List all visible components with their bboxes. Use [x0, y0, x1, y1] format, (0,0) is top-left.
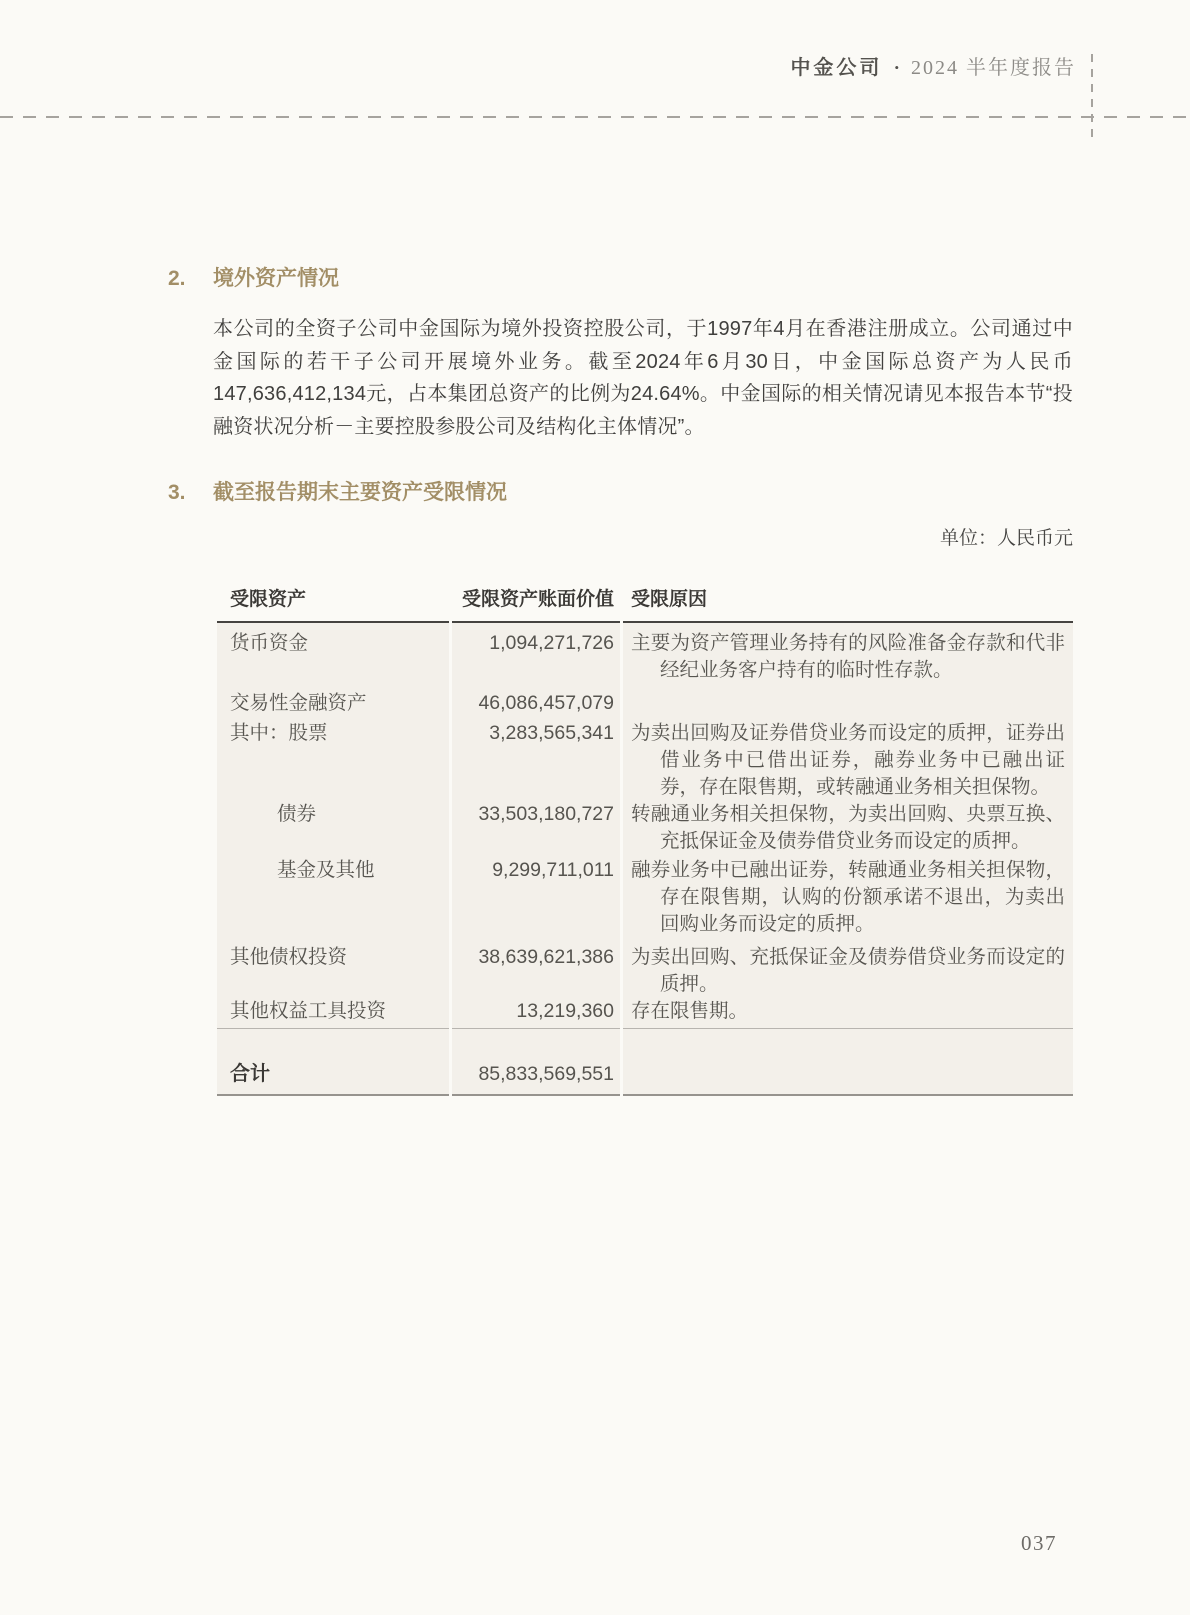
- vertical-dashed-divider: [1091, 54, 1093, 138]
- company-name: 中金公司: [790, 57, 882, 79]
- total-label: 合计: [217, 1028, 449, 1096]
- total-reason-cell: [623, 1028, 1073, 1096]
- asset-cell: 其他债权投资: [217, 941, 449, 998]
- section-2-paragraph: 本公司的全资子公司中金国际为境外投资控股公司，于1997年4月在香港注册成立。公…: [213, 313, 1073, 443]
- value-cell: 9,299,711,011: [452, 857, 620, 941]
- page-content: 2. 境外资产情况 本公司的全资子公司中金国际为境外投资控股公司，于1997年4…: [168, 265, 1073, 1096]
- section-3-title: 截至报告期末主要资产受限情况: [213, 479, 507, 507]
- report-page: 中金公司•2024 半年度报告 2. 境外资产情况 本公司的全资子公司中金国际为…: [0, 0, 1190, 1615]
- report-title: 2024 半年度报告: [911, 57, 1076, 79]
- value-cell: 38,639,621,386: [452, 941, 620, 998]
- column-header-asset: 受限资产: [217, 566, 449, 623]
- total-value: 85,833,569,551: [452, 1028, 620, 1096]
- value-cell: 13,219,360: [452, 998, 620, 1028]
- asset-cell: 其他权益工具投资: [217, 998, 449, 1028]
- asset-cell: 其中：股票: [217, 717, 449, 801]
- section-3-heading: 3. 截至报告期末主要资产受限情况: [168, 479, 1073, 507]
- section-2-heading: 2. 境外资产情况: [168, 265, 1073, 293]
- value-cell: 3,283,565,341: [452, 717, 620, 801]
- section-3-number: 3.: [168, 479, 213, 507]
- asset-cell: 债券: [217, 801, 449, 857]
- masthead: 中金公司•2024 半年度报告: [790, 54, 1076, 82]
- asset-cell: 货币资金: [217, 623, 449, 687]
- asset-cell: 交易性金融资产: [217, 687, 449, 717]
- section-2-number: 2.: [168, 265, 213, 293]
- column-header-reason: 受限原因: [623, 566, 1073, 623]
- value-cell: 33,503,180,727: [452, 801, 620, 857]
- reason-cell: [623, 687, 1073, 717]
- reason-cell: 存在限售期。: [623, 998, 1073, 1028]
- reason-cell: 为卖出回购、充抵保证金及债券借贷业务而设定的质押。: [623, 941, 1073, 998]
- reason-cell: 融券业务中已融出证券，转融通业务相关担保物，存在限售期，认购的份额承诺不退出，为…: [623, 857, 1073, 941]
- column-header-value: 受限资产账面价值: [452, 566, 620, 623]
- page-number: 037: [1021, 1531, 1057, 1556]
- horizontal-dashed-divider: [0, 116, 1190, 118]
- restricted-assets-table: 受限资产 受限资产账面价值 受限原因 货币资金 1,094,271,726 主要…: [217, 566, 1073, 1096]
- reason-cell: 主要为资产管理业务持有的风险准备金存款和代非经纪业务客户持有的临时性存款。: [623, 623, 1073, 687]
- value-cell: 1,094,271,726: [452, 623, 620, 687]
- reason-cell: 转融通业务相关担保物，为卖出回购、央票互换、充抵保证金及债券借贷业务而设定的质押…: [623, 801, 1073, 857]
- reason-cell: 为卖出回购及证券借贷业务而设定的质押，证券出借业务中已借出证券，融券业务中已融出…: [623, 717, 1073, 801]
- section-2-title: 境外资产情况: [213, 265, 339, 293]
- bullet-separator-icon: •: [894, 60, 899, 75]
- value-cell: 46,086,457,079: [452, 687, 620, 717]
- asset-cell: 基金及其他: [217, 857, 449, 941]
- unit-note: 单位：人民币元: [168, 523, 1073, 550]
